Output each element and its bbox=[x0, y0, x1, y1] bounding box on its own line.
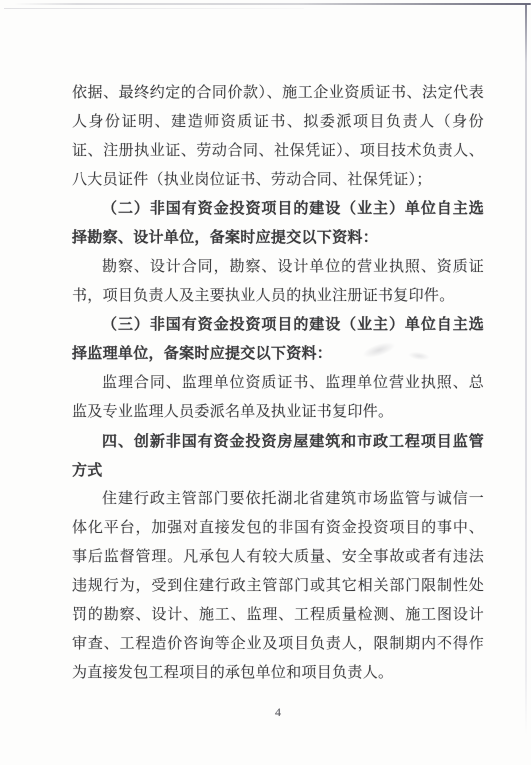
section-heading-four: 四、创新非国有资金投资房屋建筑和市政工程项目监管方式 bbox=[72, 427, 484, 485]
paragraph-supervision-materials: 监理合同、监理单位资质证书、监理单位营业执照、总监及专业监理人员委派名单及执业证… bbox=[72, 369, 484, 427]
scan-edge-right-line bbox=[525, 4, 527, 735]
page-number: 4 bbox=[72, 705, 484, 720]
section-heading-three: （三）非国有资金投资项目的建设（业主）单位自主选择监理单位，备案时应提交以下资料… bbox=[72, 311, 484, 369]
scan-edge-top-line-faint bbox=[4, 8, 304, 9]
paragraph-supervision-management: 住建行政主管部门要依托湖北省建筑市场监管与诚信一体化平台，加强对直接发包的非国有… bbox=[72, 485, 484, 688]
paragraph-continuation: 依据、最终约定的合同价款）、施工企业资质证书、法定代表人身份证明、建造师资质证书… bbox=[72, 79, 484, 195]
paragraph-survey-design-materials: 勘察、设计合同，勘察、设计单位的营业执照、资质证书，项目负责人及主要执业人员的执… bbox=[72, 253, 484, 311]
scanned-document-page: 依据、最终约定的合同价款）、施工企业资质证书、法定代表人身份证明、建造师资质证书… bbox=[0, 0, 531, 765]
document-body: 依据、最终约定的合同价款）、施工企业资质证书、法定代表人身份证明、建造师资质证书… bbox=[72, 79, 484, 688]
scan-edge-top-line bbox=[14, 3, 531, 5]
section-heading-two: （二）非国有资金投资项目的建设（业主）单位自主选择勘察、设计单位，备案时应提交以… bbox=[72, 195, 484, 253]
